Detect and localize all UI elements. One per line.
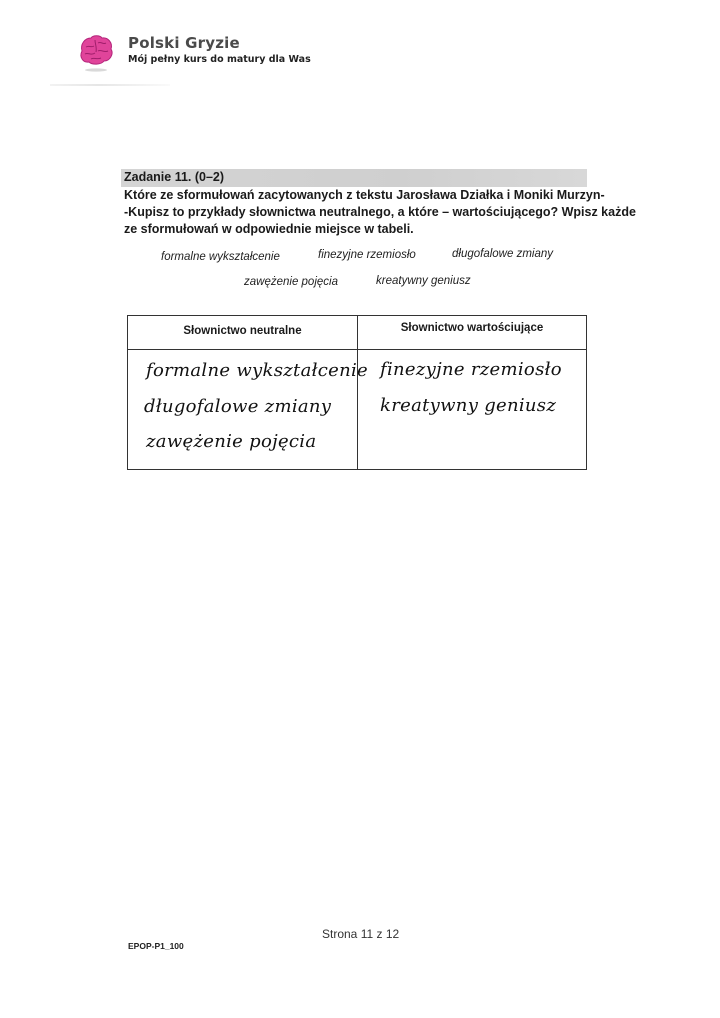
phrase-item: finezyjne rzemiosło [318,249,416,261]
table-column-divider [357,316,358,469]
phrase-item: kreatywny geniusz [376,275,471,287]
handwritten-answer-evaluative: finezyjne rzemiosło [380,359,562,380]
brand-subtitle: Mój pełny kurs do matury dla Was [128,53,311,67]
table-header-divider [128,349,586,350]
handwritten-answer-neutral: długofalowe zmiany [144,396,331,417]
handwritten-answer-neutral: formalne wykształcenie [146,360,368,381]
scan-artifact-line [50,84,170,86]
brand-header: Polski Gryzie Mój pełny kurs do matury d… [76,32,311,72]
task-instructions: Które ze sformułowań zacytowanych z teks… [124,187,594,238]
task-title: Zadanie 11. (0–2) [124,170,224,184]
task-instruction-line: Które ze sformułowań zacytowanych z teks… [124,187,594,204]
answer-table: Słownictwo neutralne Słownictwo wartości… [127,315,587,470]
task-instruction-line: -Kupisz to przykłady słownictwa neutraln… [124,204,594,221]
page-number: Strona 11 z 12 [322,927,399,941]
phrase-item: formalne wykształcenie [161,251,280,263]
header-evaluative-vocabulary: Słownictwo wartościujące [358,322,586,334]
phrase-item: zawężenie pojęcia [244,276,338,288]
header-neutral-vocabulary: Słownictwo neutralne [128,325,357,337]
document-code: EPOP-P1_100 [128,941,184,951]
task-instruction-line: ze sformułowań w odpowiednie miejsce w t… [124,221,594,238]
brain-icon [76,32,116,72]
brand-title: Polski Gryzie [128,34,311,52]
handwritten-answer-evaluative: kreatywny geniusz [380,395,556,416]
phrase-item: długofalowe zmiany [452,248,553,260]
handwritten-answer-neutral: zawężenie pojęcia [146,431,316,452]
